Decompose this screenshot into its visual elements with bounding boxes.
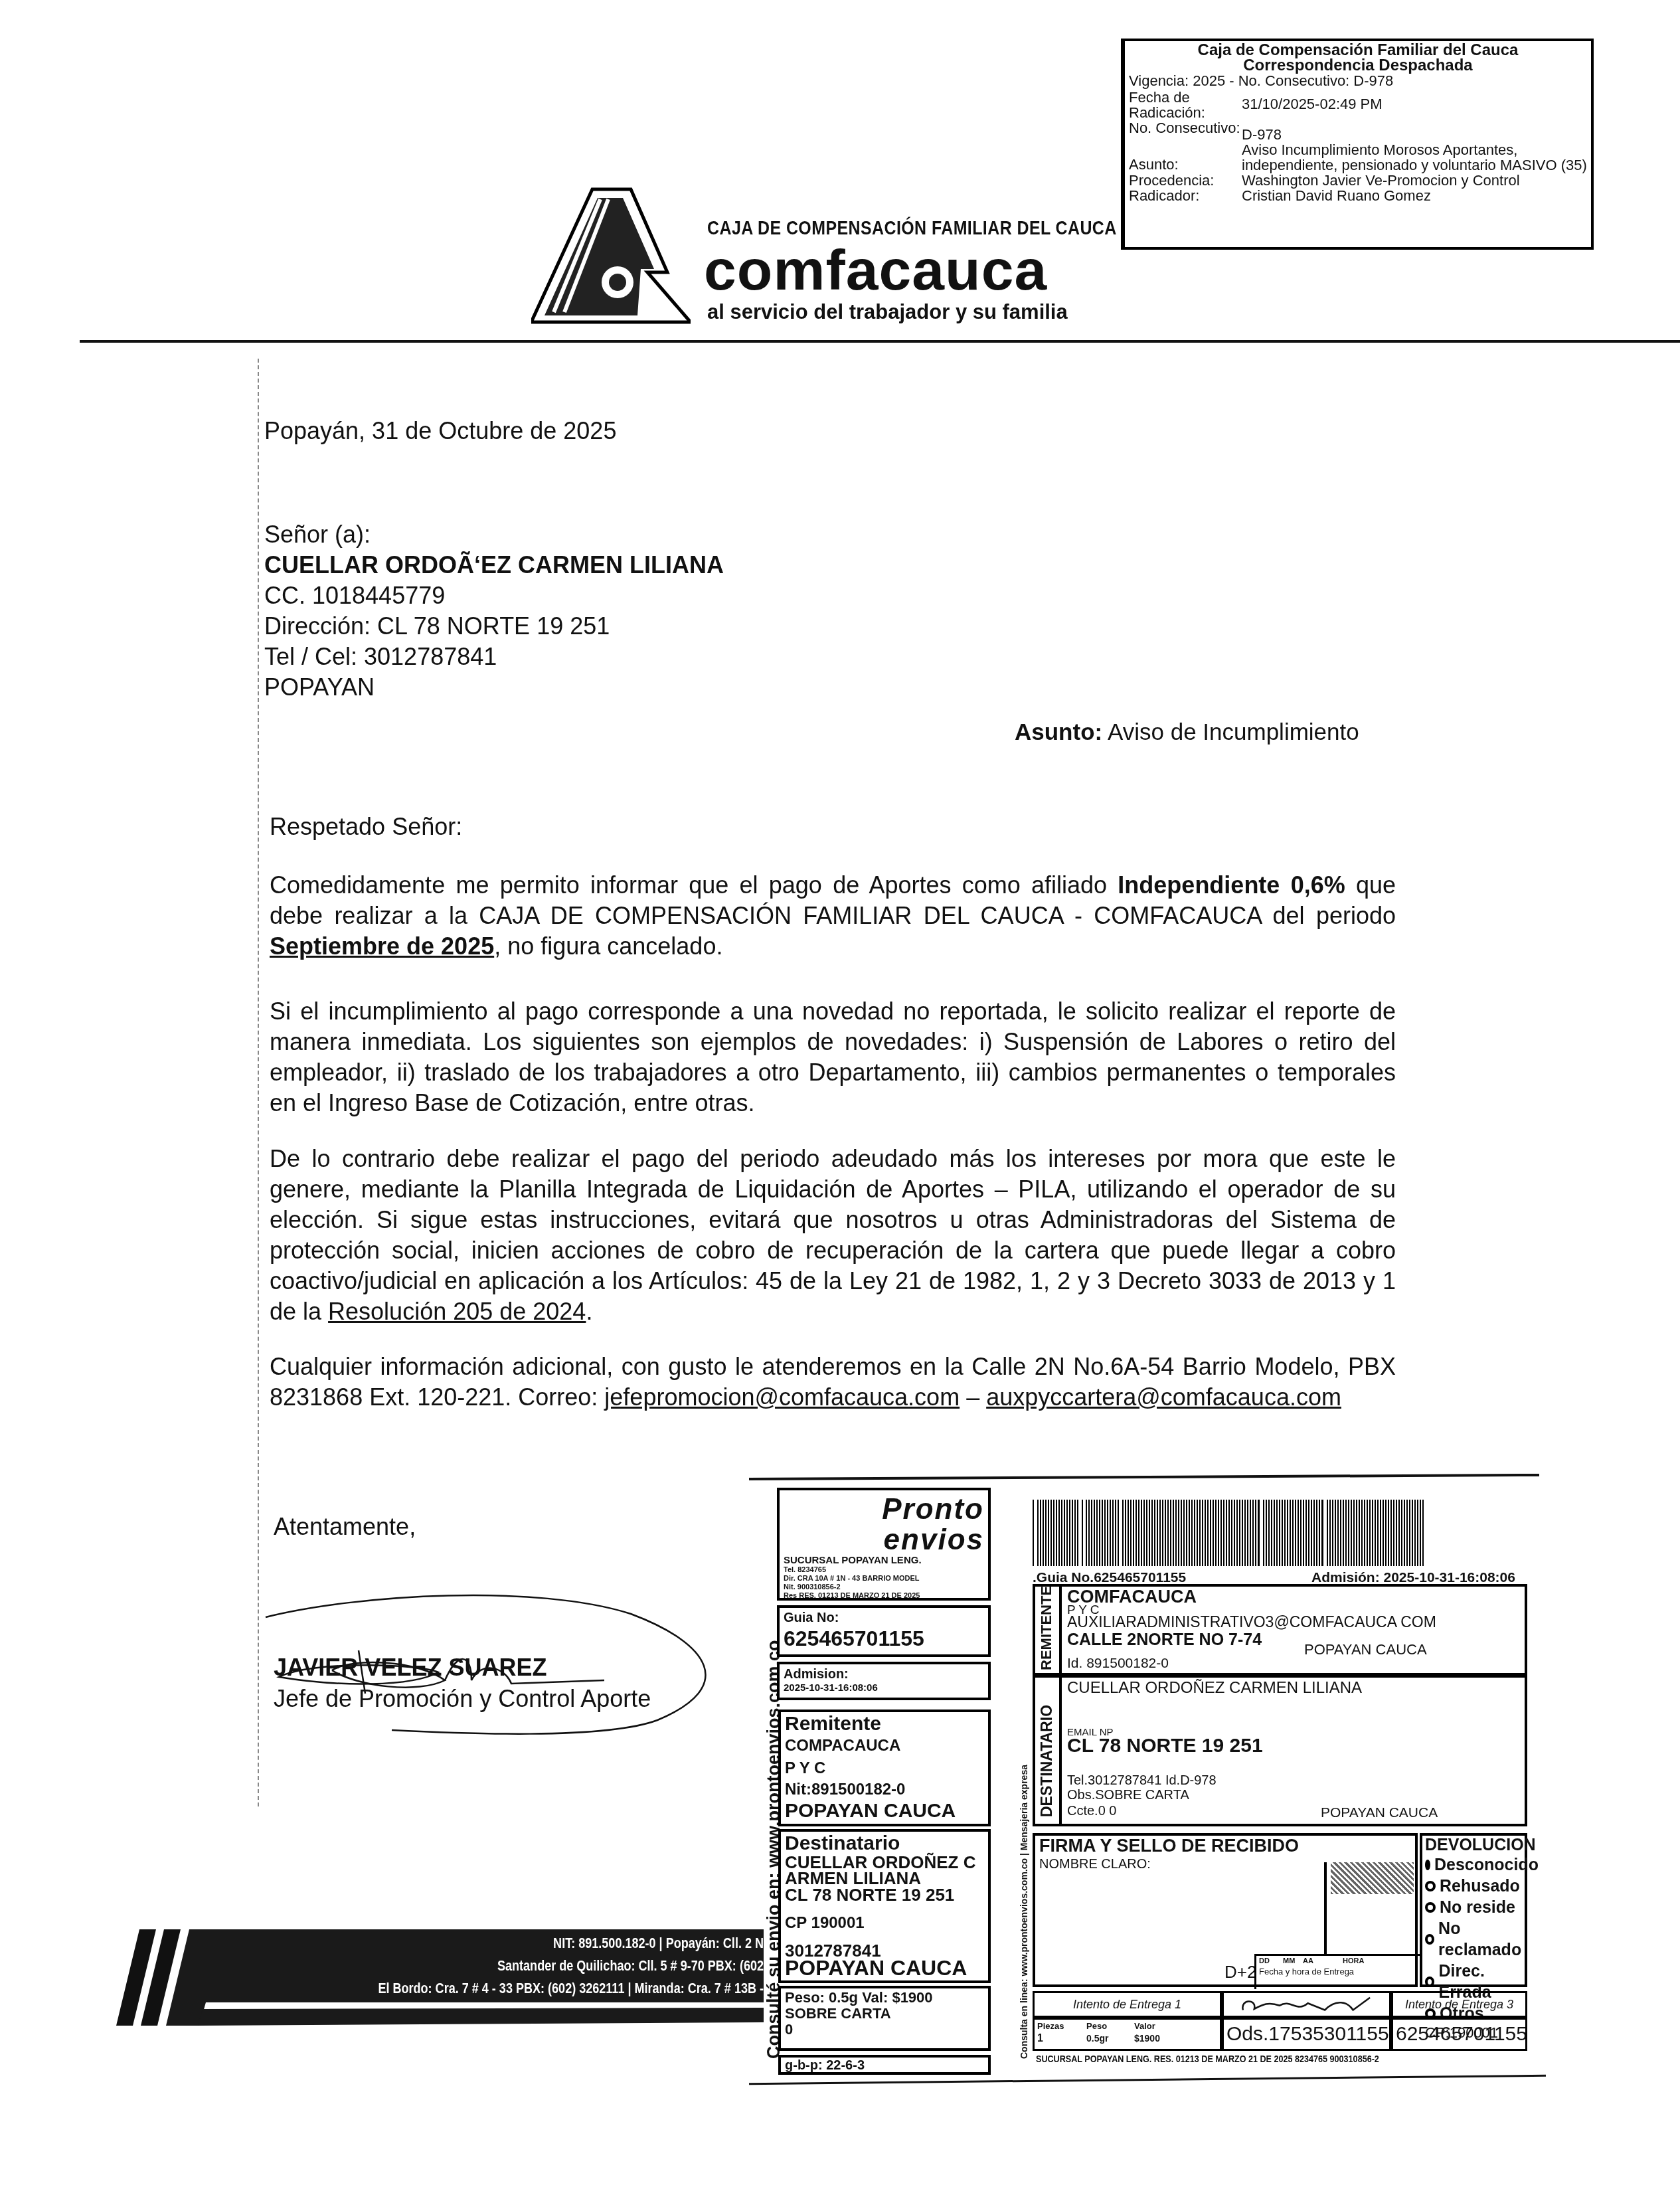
paragraph-notice: Comedidamente me permito informar que el… [270,870,1396,962]
stub-peso-line: SOBRE CARTA [785,2006,984,2022]
intento-entrega-2-signature [1222,1991,1391,2018]
stub-remitente-line: P Y C [785,1757,984,1780]
letter-subject: Asunto: Aviso de Incumplimiento [1015,719,1359,746]
stub-guia: Guia No: 625465701155 [777,1605,991,1657]
destinatario-obs: Obs.SOBRE CARTA [1067,1788,1189,1802]
footer-line: El Bordo: Cra. 7 # 4 - 33 PBX: (602) 326… [317,1977,764,2000]
comfacauca-triangle-logo-icon [531,186,691,325]
destinatario-label: DESTINATARIO [1038,1691,1056,1817]
stub-gbp: g-b-p: 22-6-3 [778,2055,991,2075]
stub-peso-line: 0 [785,2022,984,2038]
barcode-icon [1033,1500,1431,1566]
remitente-id: Id. 891500182-0 [1067,1656,1169,1672]
radio-icon[interactable] [1425,1934,1434,1945]
email-link-auxpyccartera[interactable]: auxpyccartera@comfacauca.com [986,1383,1341,1411]
subject-text: Aviso de Incumplimiento [1108,719,1359,745]
receipt-edge [749,1474,1539,1480]
recipient-name: CUELLAR ORDOÃ‘EZ CARMEN LILIANA [264,550,724,580]
stub-destinatario-line: POPAYAN CAUCA [785,1958,984,1978]
receipt-devolucion: DEVOLUCION DesconocidoRehusadoNo resideN… [1420,1833,1527,1987]
stamp-subtitle: Correspondencia Despachada [1129,58,1587,73]
stamp-value: D-978 [1242,120,1587,142]
remitente-address: CALLE 2NORTE NO 7-74 [1067,1630,1262,1650]
guia-number: 625465701155 [784,1626,984,1651]
footer-line: Santander de Quilichao: Cll. 5 # 9-70 PB… [317,1955,764,1977]
receipt-firma: FIRMA Y SELLO DE RECIBIDO NOMBRE CLARO: … [1033,1833,1418,1987]
valor-label: Valor [1134,2021,1155,2031]
receipt-destinatario: DESTINATARIO CUELLAR ORDOÑEZ CARMEN LILI… [1033,1675,1527,1826]
guia-label: Guia No: [784,1611,984,1626]
remitente-email: AUXILIARADMINISTRATIVO3@COMFACAUCA COM [1067,1615,1436,1629]
stub-destinatario-line: CL 78 NORTE 19 251 [785,1886,984,1903]
letter-closing: Atentamente, [274,1512,416,1542]
peso-value: 0.5gr [1086,2033,1108,2044]
stamp-value: 31/10/2025-02:49 PM [1242,90,1587,120]
p3-text: . [586,1298,592,1325]
paragraph-payment: De lo contrario debe realizar el pago de… [270,1144,1396,1327]
handwritten-signature-icon [1224,1993,1389,2016]
stamp-title: Caja de Compensación Familiar del Cauca [1129,43,1587,58]
admision-label: Admision: [784,1667,984,1682]
radio-icon[interactable] [1425,1976,1434,1987]
signer-name: JAVIER VELEZ SUAREZ [274,1652,546,1683]
firma-nombre-label: NOMBRE CLARO: [1039,1857,1151,1872]
recipient-address: Dirección: CL 78 NORTE 19 251 [264,611,724,642]
stamp-label: Procedencia: [1129,173,1242,188]
stub-peso: Peso: 0.5g Val: $1900 SOBRE CARTA 0 [778,1986,991,2051]
devolucion-option-label: Desconocido [1434,1854,1539,1876]
courier-branch: SUCURSAL POPAYAN LENG. [784,1555,984,1566]
stamp-label: Radicador: [1129,188,1242,203]
stamp-label: Fecha de Radicación: [1129,90,1242,120]
p4-sep: – [960,1383,986,1411]
stub-remitente-title: Remitente [785,1713,984,1735]
receipt-remitente: REMITENTE COMFACAUCA P Y C AUXILIARADMIN… [1033,1584,1527,1676]
peso-label: Peso [1086,2021,1107,2031]
letter-greeting: Respetado Señor: [270,812,462,842]
destinatario-city: POPAYAN CAUCA [1321,1805,1438,1821]
devolucion-title: DEVOLUCION [1425,1836,1522,1854]
devolucion-option[interactable]: No reclamado [1425,1918,1522,1961]
aa-label: AA [1303,1957,1313,1965]
destinatario-cte: Ccte.0 0 [1067,1804,1116,1818]
recipient-salutation: Señor (a): [264,519,724,550]
footer-contact: NIT: 891.500.182-0 | Popayán: Cll. 2 N S… [317,1929,764,2005]
footer-line: NIT: 891.500.182-0 | Popayán: Cll. 2 N [317,1932,764,1955]
stamp-value: Cristian David Ruano Gomez [1242,188,1587,203]
intento-entrega-1: Intento de Entrega 1 [1033,1991,1222,2018]
p1-text: , no figura cancelado. [494,932,722,960]
devolucion-option-label: Rehusado [1440,1876,1520,1897]
paragraph-novedades: Si el incumplimiento al pago corresponde… [270,996,1396,1118]
receipt-bottom-edge [749,2075,1546,2085]
courier-dir: Dir. CRA 10A # 1N - 43 BARRIO MODEL [784,1575,984,1583]
header-divider [80,340,1680,343]
stub-admision: Admision: 2025-10-31-16:08:06 [777,1662,991,1700]
valor-value: $1900 [1134,2033,1160,2044]
radio-icon[interactable] [1425,1881,1436,1891]
recipient-block: Señor (a): CUELLAR ORDOÃ‘EZ CARMEN LILIA… [264,519,724,703]
resolution-link[interactable]: Resolución 205 de 2024 [328,1298,586,1325]
stub-peso-line: Peso: 0.5g Val: $1900 [785,1990,984,2006]
firma-title: FIRMA Y SELLO DE RECIBIDO [1039,1836,1299,1856]
radio-icon[interactable] [1425,1902,1436,1913]
firma-d2: D+2 [1224,1962,1256,1982]
courier-tel: Tel. 8234765 [784,1566,984,1575]
receipt-bottom-line: SUCURSAL POPAYAN LENG. RES. 01213 DE MAR… [1036,2054,1379,2064]
ods-number: Ods.17535301155 [1222,2018,1391,2051]
brand-caps: CAJA DE COMPENSACIÓN FAMILIAR DEL CAUCA [707,218,1117,240]
stamp-value: Aviso Incumplimiento Morosos Aportantes,… [1242,142,1587,173]
devolucion-option[interactable]: Desconocido [1425,1854,1522,1876]
stamp-vigencia: Vigencia: 2025 - No. Consecutivo: D-978 [1129,73,1587,88]
recipient-phone: Tel / Cel: 3012787841 [264,642,724,672]
remitente-label: REMITENTE [1038,1591,1055,1670]
courier-logo: Pronto envios [784,1494,984,1555]
stub-destinatario-title: Destinatario [785,1833,984,1854]
stamp-label: Asunto: [1129,142,1242,173]
radio-checked-icon[interactable] [1425,1860,1430,1870]
destinatario-address: CL 78 NORTE 19 251 [1067,1735,1263,1757]
courier-header: Pronto envios SUCURSAL POPAYAN LENG. Tel… [777,1488,991,1601]
admision-value: 2025-10-31-16:08:06 [784,1682,984,1694]
p1-period: Septiembre de 2025 [270,932,494,960]
mm-label: MM [1283,1957,1295,1965]
fecha-hora-label: Fecha y hora de Entrega [1259,1967,1354,1976]
stub-destinatario: Destinatario CUELLAR ORDOÑEZ C ARMEN LIL… [778,1829,991,1983]
courier-res: Res RES. 01213 DE MARZO 21 DE 2025 [784,1592,984,1601]
email-link-jefepromocion[interactable]: jefepromocion@comfacauca.com [604,1383,960,1411]
stub-remitente-line: COMPACAUCA [785,1735,984,1757]
devolucion-option[interactable]: No reside [1425,1897,1522,1918]
stub-remitente: Remitente COMPACAUCA P Y C Nit:891500182… [778,1710,991,1826]
remitente-city: POPAYAN CAUCA [1304,1641,1427,1658]
brand-name: comfacauca [704,240,1047,300]
p1-affiliate-type: Independiente 0,6% [1118,871,1345,899]
letter-date: Popayán, 31 de Octubre de 2025 [264,416,616,446]
correspondence-stamp: Caja de Compensación Familiar del Cauca … [1121,39,1594,250]
destinatario-name: CUELLAR ORDOÑEZ CARMEN LILIANA [1067,1679,1362,1698]
stub-remitente-line: Nit:891500182-0 [785,1780,984,1800]
stamp-label: No. Consecutivo: [1129,120,1242,142]
stub-destinatario-line: CP 190001 [785,1903,984,1943]
piezas-value: 1 [1037,2033,1043,2045]
piezas-label: Piezas [1037,2021,1064,2031]
guia-bottom: 625465701155 [1391,2018,1527,2051]
hora-label: HORA [1343,1957,1364,1965]
piezas-peso-valor: Piezas 1 Peso 0.5gr Valor $1900 [1033,2018,1222,2051]
courier-nit: Nit. 900310856-2 [784,1583,984,1592]
brand-tagline: al servicio del trabajador y su familia [707,300,1068,324]
receipt-side-text-mid: Consulta en linea: www.prontoenvios.com.… [1019,1727,1029,2059]
intento-entrega-3: Intento de Entrega 3 [1391,1991,1527,2018]
paragraph-contact: Cualquier información adicional, con gus… [270,1352,1396,1413]
subject-label: Asunto: [1015,719,1102,745]
recipient-cc: CC. 1018445779 [264,580,724,611]
devolucion-option-label: No reclamado [1438,1918,1522,1961]
p1-text: Comedidamente me permito informar que el… [270,871,1118,899]
stub-remitente-line: POPAYAN CAUCA [785,1800,984,1822]
dd-label: DD [1259,1957,1270,1965]
stamp-scribble [1331,1862,1414,1894]
devolucion-option[interactable]: Rehusado [1425,1876,1522,1897]
devolucion-option-label: No reside [1440,1897,1515,1918]
recipient-city: POPAYAN [264,672,724,703]
fecha-entrega-field[interactable]: DD MM AA HORA Fecha y hora de Entrega [1254,1954,1420,1989]
stub-destinatario-line: ARMEN LILIANA [785,1870,984,1886]
destinatario-tel: Tel.3012787841 Id.D-978 [1067,1773,1217,1788]
stamp-value: Washington Javier Ve-Promocion y Control [1242,173,1587,188]
signer-title: Jefe de Promoción y Control Aporte [274,1684,651,1714]
